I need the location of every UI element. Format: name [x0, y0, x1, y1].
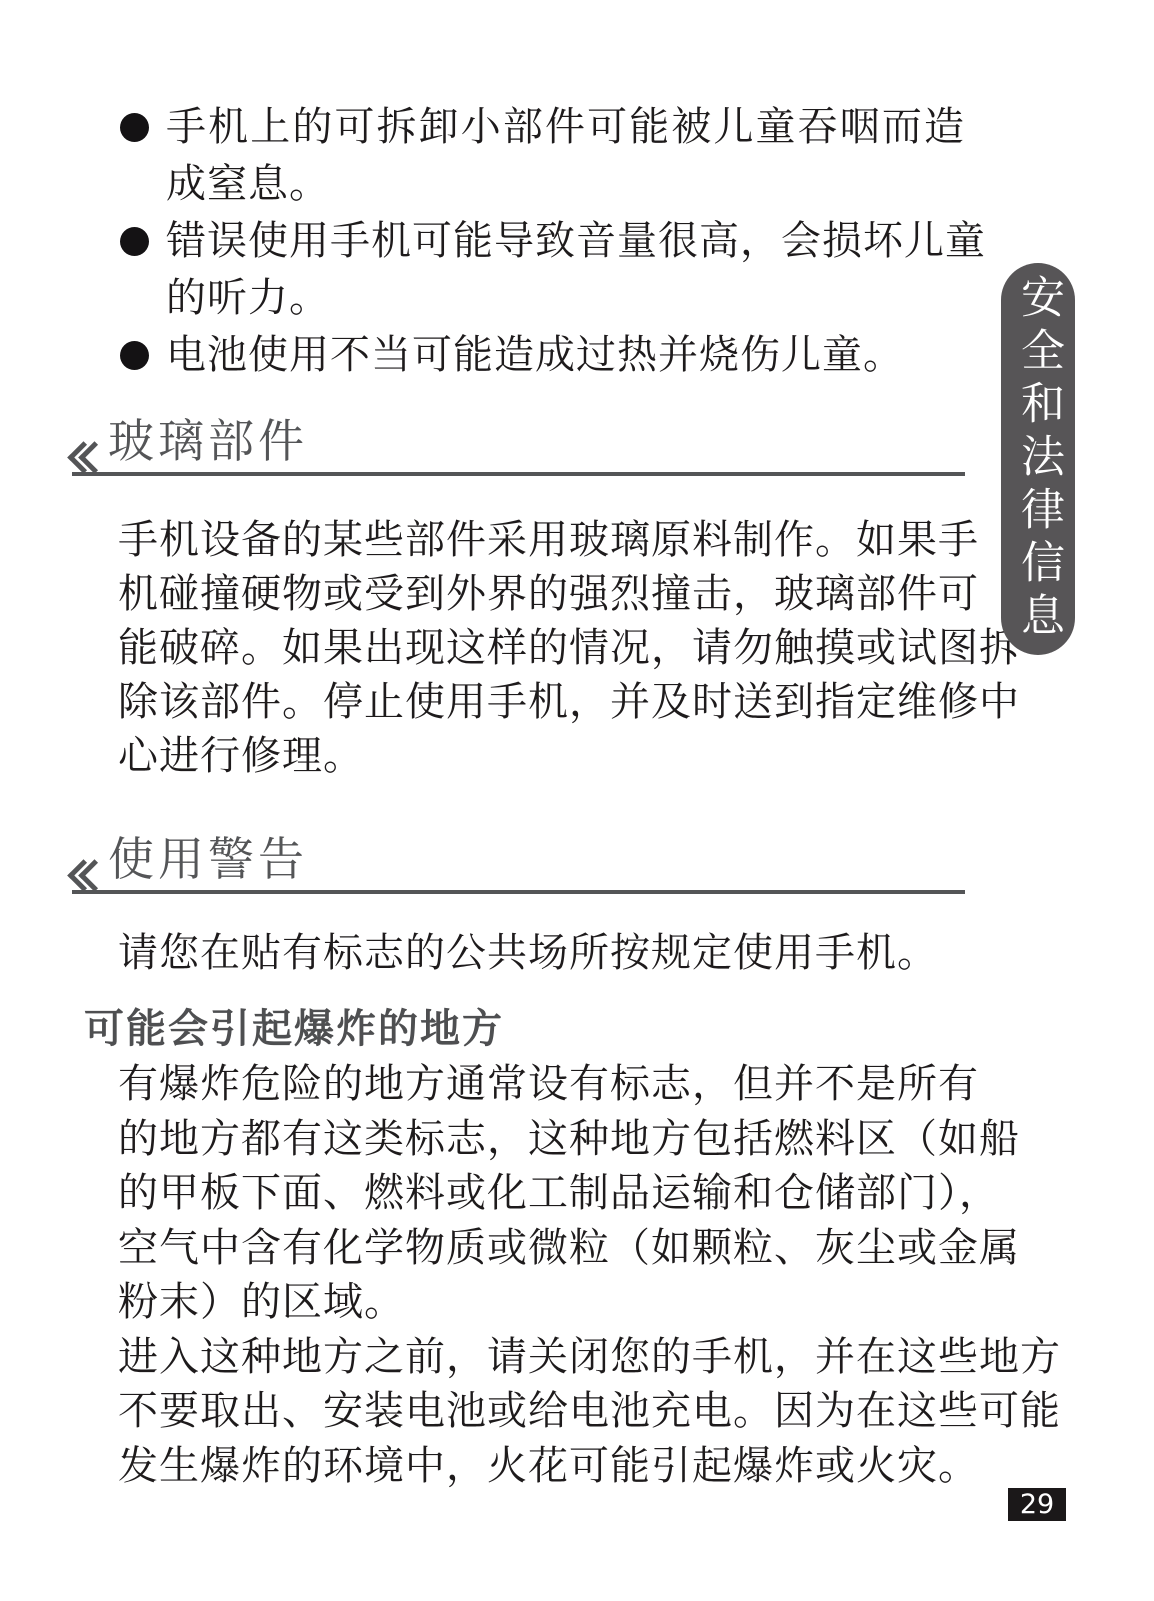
paragraph-line: 有爆炸危险的地方通常设有标志，但并不是所有 — [118, 1057, 965, 1112]
section-title: 使用警告 — [108, 836, 308, 890]
paragraph-line: 进入这种地方之前，请关闭您的手机，并在这些地方 — [118, 1330, 965, 1385]
paragraph-line: 心进行修理。 — [118, 729, 965, 783]
bullet-icon — [120, 113, 149, 142]
paragraph-line: 的甲板下面、燃料或化工制品运输和仓储部门）， — [118, 1166, 965, 1221]
paragraph-line: 手机设备的某些部件采用玻璃原料制作。如果手 — [118, 513, 965, 567]
list-item: 电池使用不当可能造成过热并烧伤儿童。 — [120, 327, 965, 384]
paragraph-usage-intro: 请您在贴有标志的公共场所按规定使用手机。 — [118, 926, 965, 980]
section-heading-usage-warning: 使用警告 — [72, 832, 965, 894]
paragraph-glass-parts: 手机设备的某些部件采用玻璃原料制作。如果手 机碰撞硬物或受到外界的强烈撞击，玻璃… — [118, 513, 965, 783]
subsection-title-explosion-areas: 可能会引起爆炸的地方 — [84, 997, 504, 1054]
bullet-text-line: 电池使用不当可能造成过热并烧伤儿童。 — [166, 327, 965, 384]
bullet-text-line: 的听力。 — [166, 270, 965, 327]
manual-page: 手机上的可拆卸小部件可能被儿童吞咽而造 成窒息。 错误使用手机可能导致音量很高，… — [0, 0, 1154, 1601]
bullet-text-line: 成窒息。 — [166, 156, 965, 213]
double-angle-bracket-icon — [72, 430, 108, 488]
section-title: 玻璃部件 — [108, 418, 308, 472]
paragraph-line: 的地方都有这类标志，这种地方包括燃料区（如船 — [118, 1112, 965, 1167]
paragraph-line: 不要取出、安装电池或给电池充电。因为在这些可能 — [118, 1384, 965, 1439]
paragraph-line: 发生爆炸的环境中，火花可能引起爆炸或火灾。 — [118, 1439, 965, 1494]
paragraph-line: 粉末）的区域。 — [118, 1275, 965, 1330]
paragraph-line: 机碰撞硬物或受到外界的强烈撞击，玻璃部件可 — [118, 567, 965, 621]
bullet-list: 手机上的可拆卸小部件可能被儿童吞咽而造 成窒息。 错误使用手机可能导致音量很高，… — [120, 99, 965, 384]
chapter-tab-safety-legal-info: 安全和法律信息 — [1001, 263, 1075, 655]
bullet-text-line: 错误使用手机可能导致音量很高，会损坏儿童 — [166, 213, 965, 270]
bullet-text-line: 手机上的可拆卸小部件可能被儿童吞咽而造 — [166, 99, 965, 156]
bullet-icon — [120, 341, 149, 370]
page-number-badge: 29 — [1008, 1488, 1066, 1521]
list-item: 错误使用手机可能导致音量很高，会损坏儿童 的听力。 — [120, 213, 965, 327]
paragraph-line: 请您在贴有标志的公共场所按规定使用手机。 — [118, 926, 965, 980]
bullet-icon — [120, 227, 149, 256]
chapter-tab-label: 安全和法律信息 — [1001, 274, 1075, 645]
paragraph-explosion-areas: 有爆炸危险的地方通常设有标志，但并不是所有 的地方都有这类标志，这种地方包括燃料… — [118, 1057, 965, 1493]
paragraph-line: 除该部件。停止使用手机，并及时送到指定维修中 — [118, 675, 965, 729]
paragraph-line: 空气中含有化学物质或微粒（如颗粒、灰尘或金属 — [118, 1221, 965, 1276]
double-angle-bracket-icon — [72, 848, 108, 906]
list-item: 手机上的可拆卸小部件可能被儿童吞咽而造 成窒息。 — [120, 99, 965, 213]
paragraph-line: 能破碎。如果出现这样的情况，请勿触摸或试图拆 — [118, 621, 965, 675]
section-heading-glass-parts: 玻璃部件 — [72, 414, 965, 476]
